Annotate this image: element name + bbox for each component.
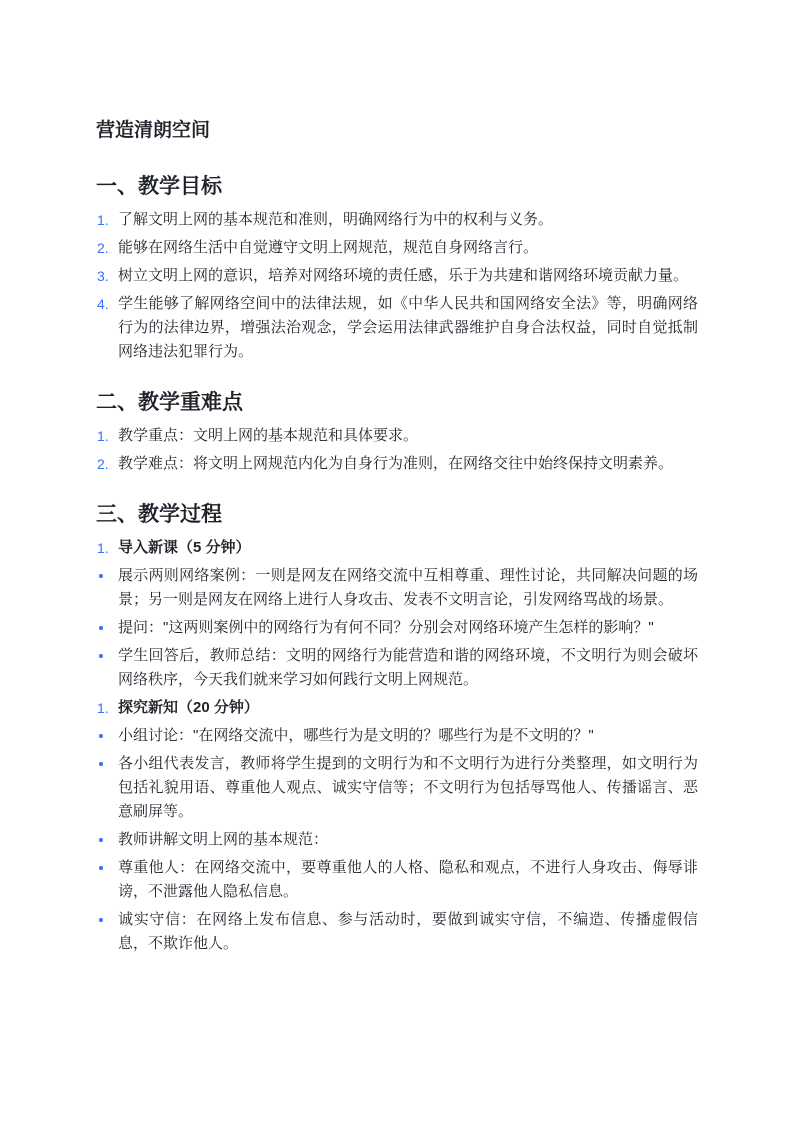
list-item-text: 探究新知（20 分钟） [118, 699, 259, 716]
list-item-text: 各小组代表发言，教师将学生提到的文明行为和不文明行为进行分类整理，如文明行为包括… [118, 755, 698, 820]
bullet-icon [99, 866, 103, 870]
document-title: 营造清朗空间 [96, 117, 698, 145]
bullet-icon [99, 838, 103, 842]
list-item: 提问："这两则案例中的网络行为有何不同？分别会对网络环境产生怎样的影响？" [96, 616, 698, 640]
section-heading: 一、教学目标 [96, 172, 698, 202]
document-page: 营造清朗空间 一、教学目标1.了解文明上网的基本规范和准则，明确网络行为中的权利… [0, 0, 794, 1123]
list-item-text: 教学重点：文明上网的基本规范和具体要求。 [118, 427, 418, 444]
list-item-text: 导入新课（5 分钟） [118, 539, 251, 556]
list-item: 2.能够在网络生活中自觉遵守文明上网规范，规范自身网络言行。 [96, 236, 698, 260]
section-heading: 二、教学重难点 [96, 388, 698, 418]
bullet-icon [99, 762, 103, 766]
list-number-marker: 1. [97, 697, 109, 719]
list-item: 展示两则网络案例：一则是网友在网络交流中互相尊重、理性讨论，共同解决问题的场景；… [96, 564, 698, 612]
list-item: 3.树立文明上网的意识，培养对网络环境的责任感，乐于为共建和谐网络环境贡献力量。 [96, 264, 698, 288]
list-item: 诚实守信：在网络上发布信息、参与活动时，要做到诚实守信，不编造、传播虚假信息，不… [96, 908, 698, 956]
list-item-text: 树立文明上网的意识，培养对网络环境的责任感，乐于为共建和谐网络环境贡献力量。 [118, 267, 688, 284]
list-number-marker: 2. [97, 453, 109, 475]
list-item: 1.了解文明上网的基本规范和准则，明确网络行为中的权利与义务。 [96, 208, 698, 232]
list-item: 4.学生能够了解网络空间中的法律法规，如《中华人民共和国网络安全法》等，明确网络… [96, 292, 698, 364]
list-item-text: 能够在网络生活中自觉遵守文明上网规范，规范自身网络言行。 [118, 239, 538, 256]
list-number-marker: 4. [97, 293, 109, 315]
list-item: 1.教学重点：文明上网的基本规范和具体要求。 [96, 424, 698, 448]
list-item: 1.导入新课（5 分钟） [96, 536, 698, 560]
list-number-marker: 2. [97, 237, 109, 259]
list-item: 尊重他人：在网络交流中，要尊重他人的人格、隐私和观点，不进行人身攻击、侮辱诽谤，… [96, 856, 698, 904]
section-heading: 三、教学过程 [96, 500, 698, 530]
list-number-marker: 1. [97, 537, 109, 559]
list-item: 各小组代表发言，教师将学生提到的文明行为和不文明行为进行分类整理，如文明行为包括… [96, 752, 698, 824]
list-item: 2.教学难点：将文明上网规范内化为自身行为准则，在网络交往中始终保持文明素养。 [96, 452, 698, 476]
list-item-text: 小组讨论："在网络交流中，哪些行为是文明的？哪些行为是不文明的？" [118, 727, 594, 744]
list-item-text: 教师讲解文明上网的基本规范： [118, 831, 328, 848]
bullet-icon [99, 654, 103, 658]
list-item-text: 展示两则网络案例：一则是网友在网络交流中互相尊重、理性讨论，共同解决问题的场景；… [118, 567, 698, 608]
list-item: 1.探究新知（20 分钟） [96, 696, 698, 720]
list-item-text: 学生能够了解网络空间中的法律法规，如《中华人民共和国网络安全法》等，明确网络行为… [118, 295, 698, 360]
bullet-icon [99, 734, 103, 738]
list-number-marker: 1. [97, 425, 109, 447]
bullet-icon [99, 574, 103, 578]
list-item: 教师讲解文明上网的基本规范： [96, 828, 698, 852]
list-item-text: 诚实守信：在网络上发布信息、参与活动时，要做到诚实守信，不编造、传播虚假信息，不… [118, 911, 698, 952]
bullet-icon [99, 626, 103, 630]
list-item-text: 了解文明上网的基本规范和准则，明确网络行为中的权利与义务。 [118, 211, 553, 228]
document-body: 一、教学目标1.了解文明上网的基本规范和准则，明确网络行为中的权利与义务。2.能… [96, 172, 698, 956]
list-item-text: 尊重他人：在网络交流中，要尊重他人的人格、隐私和观点，不进行人身攻击、侮辱诽谤，… [118, 859, 698, 900]
list-number-marker: 3. [97, 265, 109, 287]
list-item-text: 提问："这两则案例中的网络行为有何不同？分别会对网络环境产生怎样的影响？" [118, 619, 654, 636]
list-number-marker: 1. [97, 209, 109, 231]
list-item-text: 教学难点：将文明上网规范内化为自身行为准则，在网络交往中始终保持文明素养。 [118, 455, 673, 472]
list-item: 小组讨论："在网络交流中，哪些行为是文明的？哪些行为是不文明的？" [96, 724, 698, 748]
list-item-text: 学生回答后，教师总结：文明的网络行为能营造和谐的网络环境，不文明行为则会破坏网络… [118, 647, 698, 688]
bullet-icon [99, 918, 103, 922]
list-item: 学生回答后，教师总结：文明的网络行为能营造和谐的网络环境，不文明行为则会破坏网络… [96, 644, 698, 692]
